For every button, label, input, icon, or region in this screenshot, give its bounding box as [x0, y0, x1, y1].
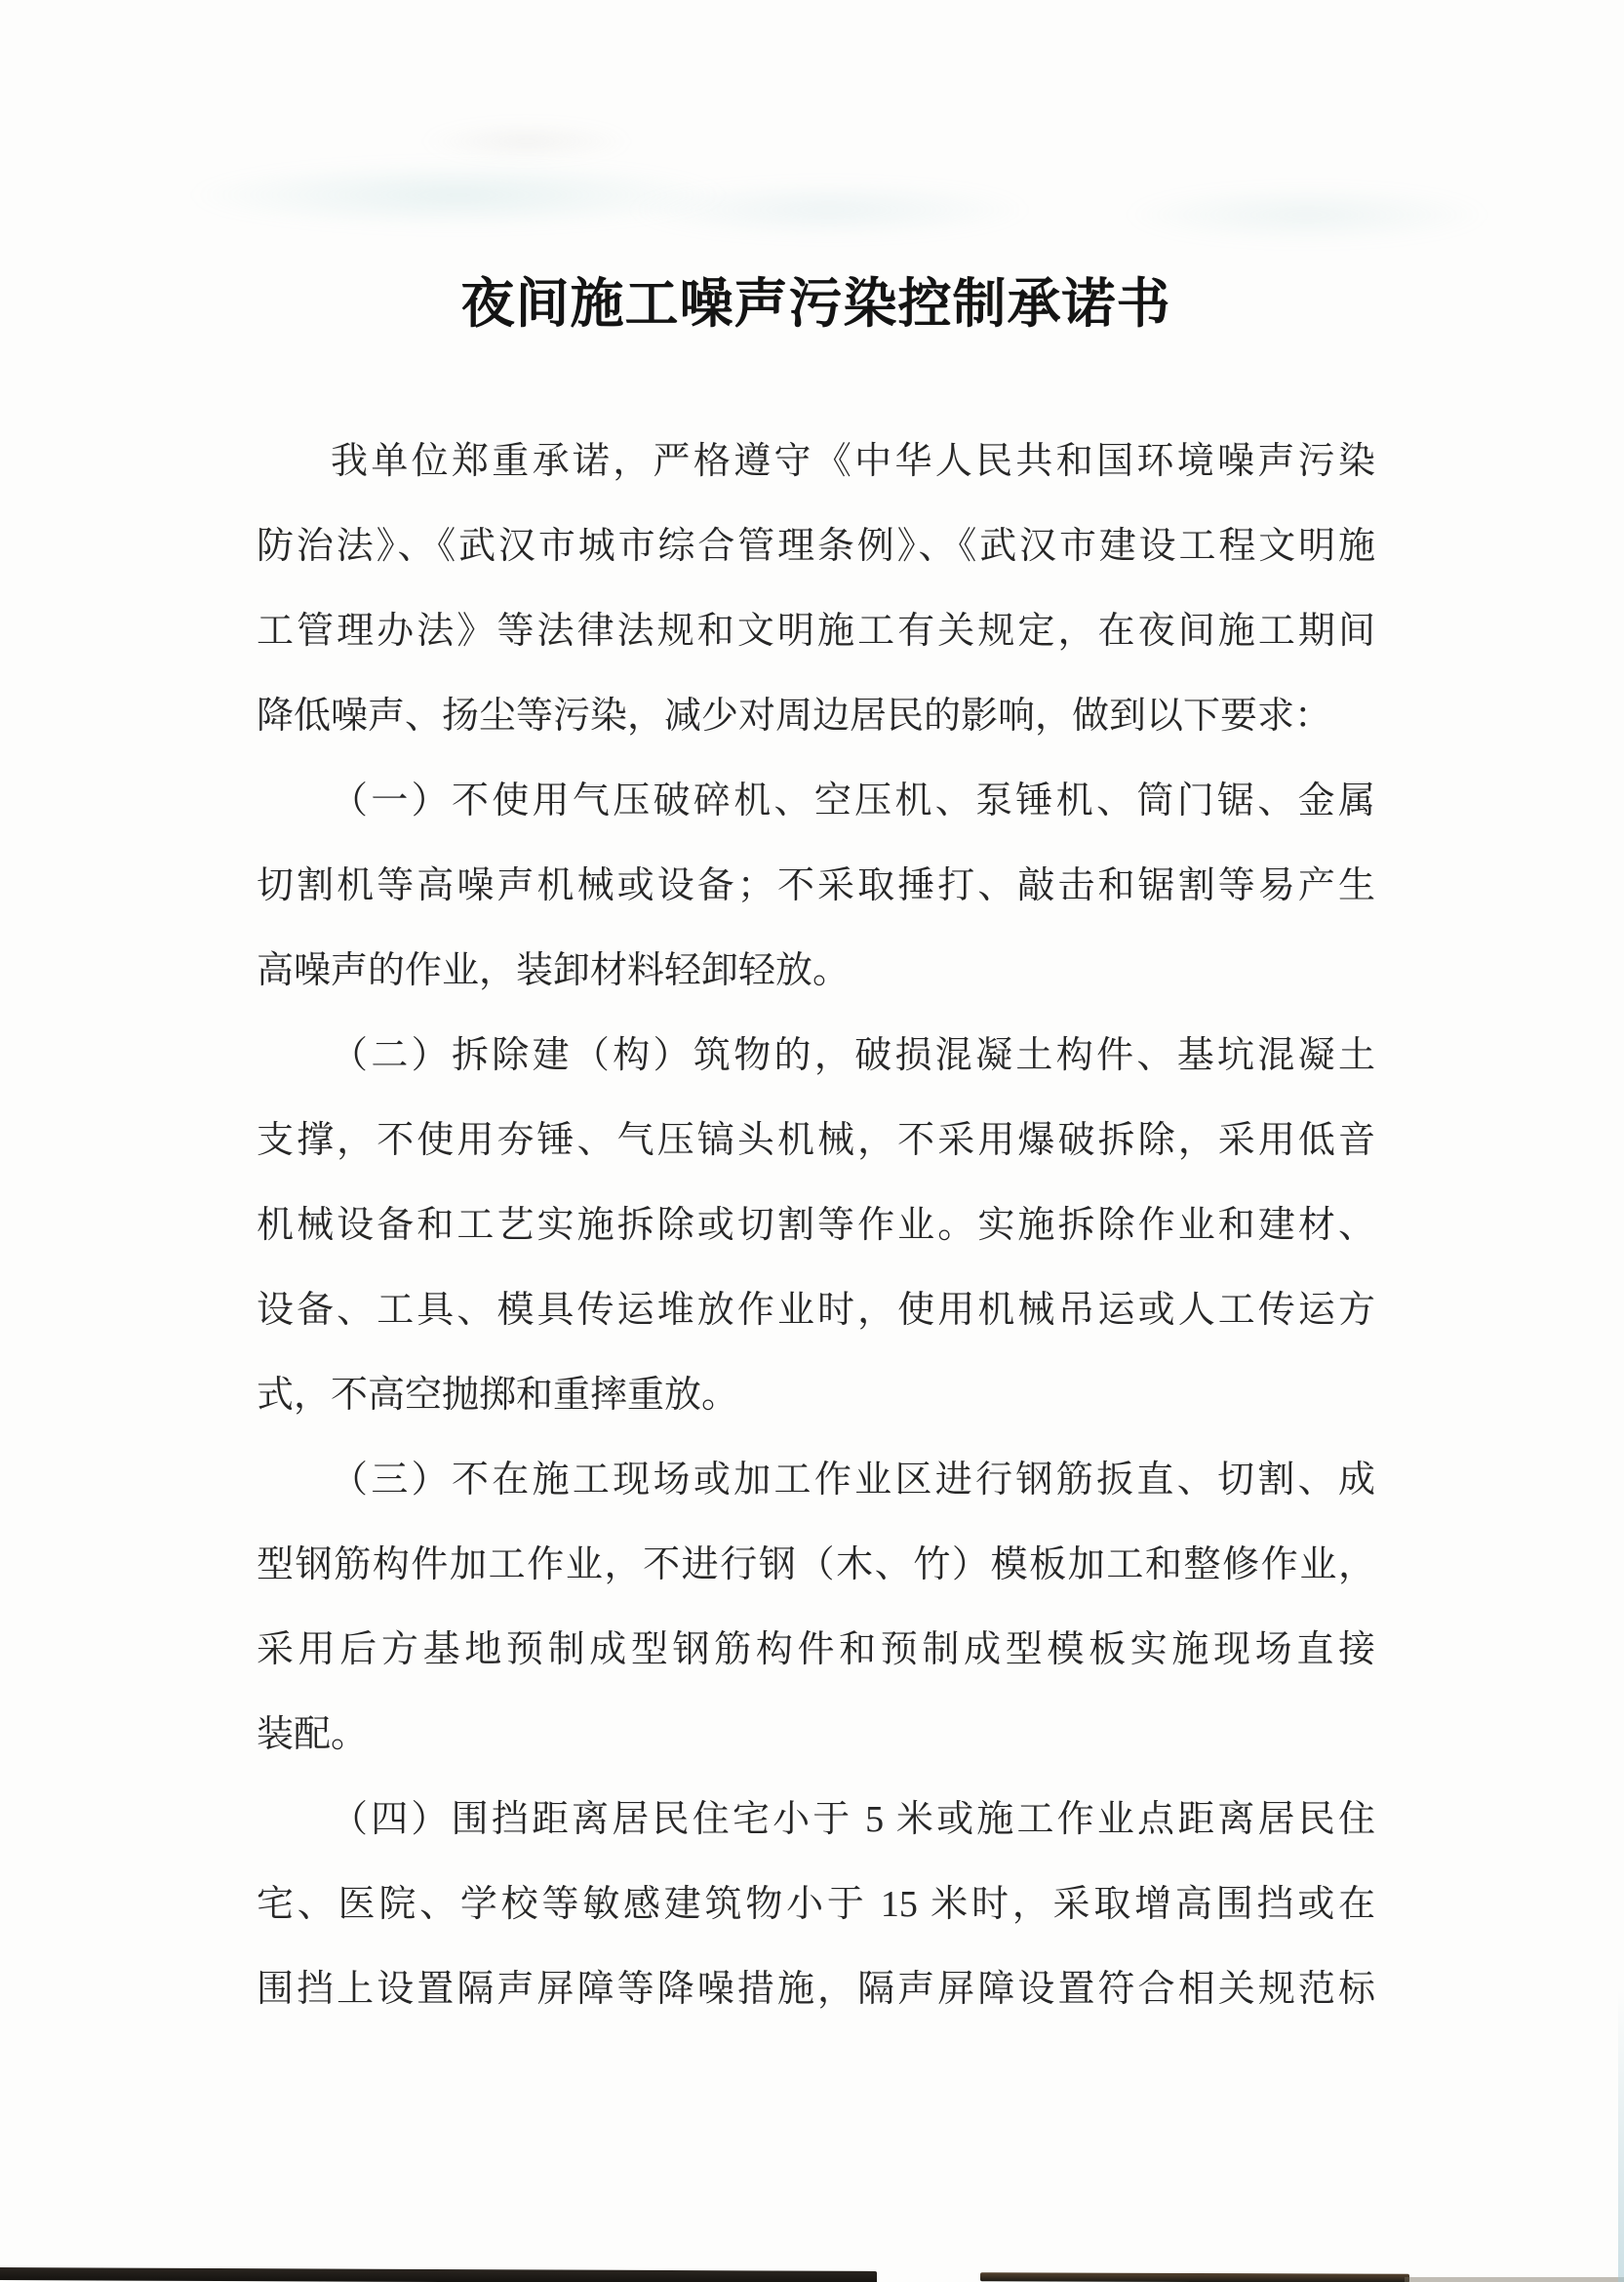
text-line: 工管理办法》等法律法规和文明施工有关规定，在夜间施工期间	[257, 589, 1375, 674]
text-line: 式，不高空抛掷和重摔重放。	[257, 1353, 1375, 1438]
paragraph: （三）不在施工现场或加工作业区进行钢筋扳直、切割、成型钢筋构件加工作业，不进行钢…	[257, 1438, 1375, 1778]
text-line: 支撑，不使用夯锤、气压镐头机械，不采用爆破拆除，采用低音	[257, 1099, 1375, 1183]
text-line: 降低噪声、扬尘等污染，减少对周边居民的影响，做到以下要求：	[257, 674, 1375, 759]
paragraph: （一）不使用气压破碎机、空压机、泵锤机、筒门锯、金属切割机等高噪声机械或设备；不…	[257, 759, 1375, 1014]
scan-noise-smudge	[419, 122, 634, 161]
paragraph: 我单位郑重承诺，严格遵守《中华人民共和国环境噪声污染防治法》、《武汉市城市综合管…	[257, 420, 1375, 759]
scan-side-edge	[1618, 1989, 1624, 2282]
document-title: 夜间施工噪声污染控制承诺书	[257, 269, 1375, 338]
text-line: （一）不使用气压破碎机、空压机、泵锤机、筒门锯、金属	[257, 759, 1375, 844]
scan-noise-smudge	[1122, 185, 1492, 244]
paragraph: （四）围挡距离居民住宅小于 5 米或施工作业点距离居民住宅、医院、学校等敏感建筑…	[257, 1778, 1375, 2032]
text-line: （二）拆除建（构）筑物的，破损混凝土构件、基坑混凝土	[257, 1014, 1375, 1099]
paragraph: （二）拆除建（构）筑物的，破损混凝土构件、基坑混凝土支撑，不使用夯锤、气压镐头机…	[257, 1014, 1375, 1438]
text-line: 防治法》、《武汉市城市综合管理条例》、《武汉市建设工程文明施	[257, 504, 1375, 589]
text-line: 采用后方基地预制成型钢筋构件和预制成型模板实施现场直接	[257, 1608, 1375, 1693]
text-line: 机械设备和工艺实施拆除或切割等作业。实施拆除作业和建材、	[257, 1183, 1375, 1268]
text-line: 切割机等高噪声机械或设备；不采取捶打、敲击和锯割等易产生	[257, 844, 1375, 929]
scan-noise-smudge	[185, 161, 732, 229]
text-line: 设备、工具、模具传运堆放作业时，使用机械吊运或人工传运方	[257, 1268, 1375, 1353]
scan-noise-smudge	[624, 180, 1034, 239]
text-line: 装配。	[257, 1693, 1375, 1778]
scan-bottom-edge	[1405, 2277, 1624, 2282]
text-line: 高噪声的作业，装卸材料轻卸轻放。	[257, 929, 1375, 1014]
text-line: 我单位郑重承诺，严格遵守《中华人民共和国环境噪声污染	[257, 420, 1375, 504]
scan-bottom-edge	[0, 2267, 877, 2282]
paper-page: 夜间施工噪声污染控制承诺书 我单位郑重承诺，严格遵守《中华人民共和国环境噪声污染…	[0, 0, 1624, 2282]
text-line: （四）围挡距离居民住宅小于 5 米或施工作业点距离居民住	[257, 1778, 1375, 1862]
text-line: （三）不在施工现场或加工作业区进行钢筋扳直、切割、成	[257, 1438, 1375, 1523]
text-line: 围挡上设置隔声屏障等降噪措施，隔声屏障设置符合相关规范标	[257, 1947, 1375, 2032]
text-line: 型钢筋构件加工作业，不进行钢（木、竹）模板加工和整修作业，	[257, 1523, 1375, 1608]
text-line: 宅、医院、学校等敏感建筑物小于 15 米时，采取增高围挡或在	[257, 1862, 1375, 1947]
scan-bottom-edge	[980, 2272, 1409, 2282]
document-body: 我单位郑重承诺，严格遵守《中华人民共和国环境噪声污染防治法》、《武汉市城市综合管…	[257, 420, 1375, 2032]
scanned-document-page: { "document": { "title": "夜间施工噪声污染控制承诺书"…	[0, 0, 1624, 2282]
